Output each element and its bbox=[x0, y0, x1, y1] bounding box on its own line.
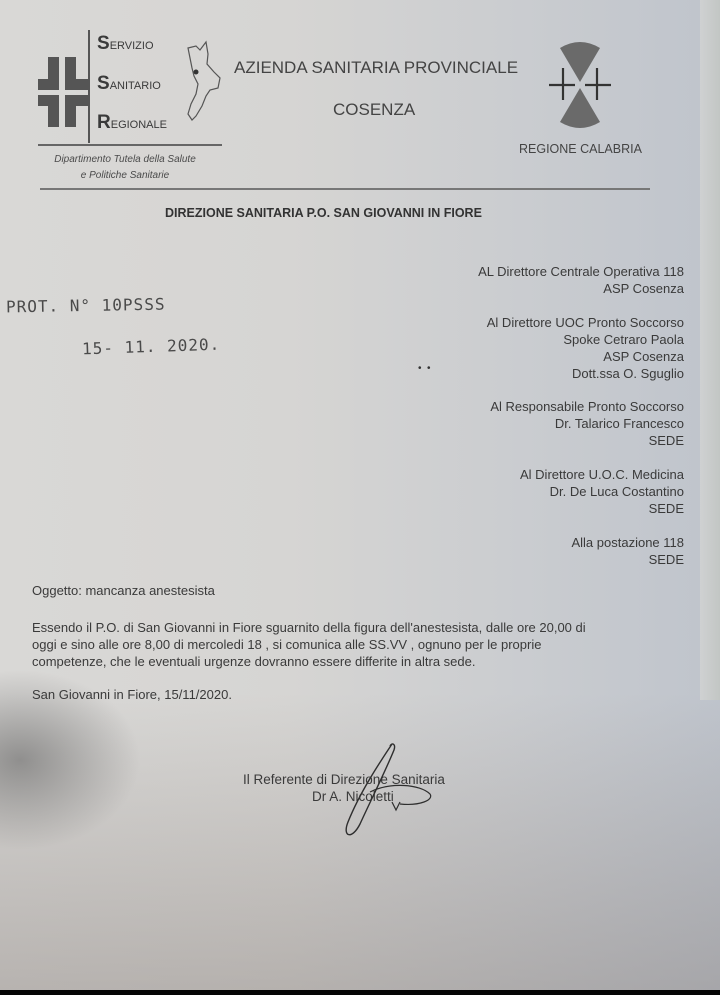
document-page: SERVIZIO SANITARIO REGIONALE Dipartiment… bbox=[0, 0, 720, 990]
recipient: Al Direttore UOC Pronto Soccorso Spoke C… bbox=[478, 314, 684, 382]
recipient: Al Responsabile Pronto Soccorso Dr. Tala… bbox=[478, 398, 684, 449]
ssr-cross-logo bbox=[38, 57, 88, 127]
handwritten-protocol: PROT. N° 10PSSS bbox=[6, 295, 166, 317]
page-edge bbox=[700, 0, 720, 700]
handwritten-signature bbox=[330, 742, 440, 842]
place-date: San Giovanni in Fiore, 15/11/2020. bbox=[32, 687, 232, 702]
calabria-map-icon bbox=[184, 40, 224, 122]
ssr-sanitario: SANITARIO bbox=[97, 73, 161, 95]
logo-divider bbox=[88, 30, 90, 143]
letter-body: Essendo il P.O. di San Giovanni in Fiore… bbox=[32, 619, 692, 670]
screen-bottom-bar bbox=[0, 990, 720, 995]
header-rule bbox=[38, 144, 222, 146]
recipients-block: AL Direttore Centrale Operativa 118 ASP … bbox=[478, 263, 684, 585]
calabria-region-emblem bbox=[545, 38, 615, 132]
recipient: Al Direttore U.O.C. Medicina Dr. De Luca… bbox=[478, 466, 684, 517]
agency-title: AZIENDA SANITARIA PROVINCIALE bbox=[234, 58, 518, 78]
region-name: REGIONE CALABRIA bbox=[519, 142, 642, 156]
department-name: Dipartimento Tutela della Salute e Polit… bbox=[40, 152, 210, 184]
agency-city: COSENZA bbox=[333, 100, 415, 120]
subject-line: Oggetto: mancanza anestesista bbox=[32, 583, 215, 598]
ssr-servizio: SERVIZIO bbox=[97, 33, 154, 55]
recipient: AL Direttore Centrale Operativa 118 ASP … bbox=[478, 263, 684, 297]
ssr-regionale: REGIONALE bbox=[97, 112, 167, 134]
recipient: Alla postazione 118 SEDE bbox=[478, 534, 684, 568]
header-separator bbox=[40, 188, 650, 190]
ink-dots: • • bbox=[418, 363, 431, 374]
handwritten-date: 15- 11. 2020. bbox=[82, 335, 221, 359]
office-heading: DIREZIONE SANITARIA P.O. SAN GIOVANNI IN… bbox=[165, 206, 482, 220]
